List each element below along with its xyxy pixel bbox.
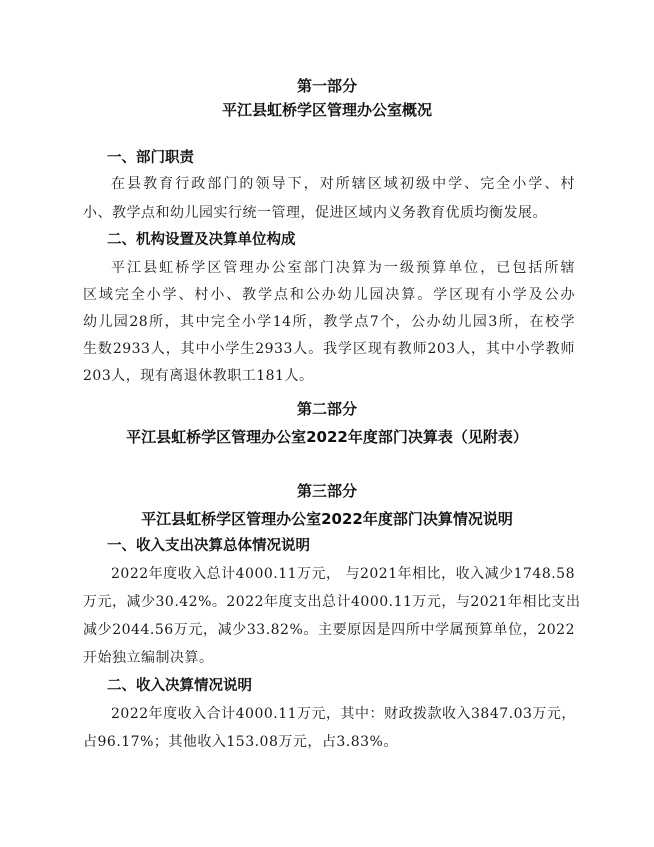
part3-section2-heading: 二、收入决算情况说明 xyxy=(107,676,252,696)
paragraph-line: 开始独立编制决算。 xyxy=(83,648,575,668)
paragraph-line: 区域完全小学、村小、教学点和公办幼儿园决算。学区现有小学及公办 xyxy=(83,285,575,305)
part1-section2-heading: 二、机构设置及决算单位构成 xyxy=(107,230,296,250)
part1-section1-heading: 一、部门职责 xyxy=(107,148,194,168)
paragraph-line: 小、教学点和幼儿园实行统一管理，促进区域内义务教育优质均衡发展。 xyxy=(83,203,575,223)
paragraph-line: 生数2933人，其中小学生2933人。我学区现有教师203人，其中小学教师 xyxy=(83,339,575,359)
paragraph-line: 万元，减少30.42%。2022年度支出总计4000.11万元，与2021年相比… xyxy=(83,592,575,612)
paragraph-line: 2022年度收入合计4000.11万元，其中：财政拨款收入3847.03万元， xyxy=(111,704,575,724)
paragraph-line: 2022年度收入总计4000.11万元， 与2021年相比，收入减少1748.5… xyxy=(111,564,575,584)
paragraph-line: 在县教育行政部门的领导下，对所辖区域初级中学、完全小学、村 xyxy=(111,174,575,194)
document-page: 第一部分 平江县虹桥学区管理办公室概况 一、部门职责 在县教育行政部门的领导下，… xyxy=(0,0,654,847)
part2-title: 平江县虹桥学区管理办公室2022年度部门决算表（见附表） xyxy=(0,427,654,447)
paragraph-line: 减少2044.56万元，减少33.82%。主要原因是四所中学属预算单位，2022 xyxy=(83,620,575,640)
part3-title: 平江县虹桥学区管理办公室2022年度部门决算情况说明 xyxy=(0,509,654,529)
part1-heading: 第一部分 xyxy=(0,76,654,96)
paragraph-line: 平江县虹桥学区管理办公室部门决算为一级预算单位，已包括所辖 xyxy=(111,258,575,278)
paragraph-line: 203人，现有离退休教职工181人。 xyxy=(83,366,575,386)
part1-title: 平江县虹桥学区管理办公室概况 xyxy=(0,100,654,120)
part3-heading: 第三部分 xyxy=(0,481,654,501)
paragraph-line: 占96.17%；其他收入153.08万元，占3.83%。 xyxy=(83,732,575,752)
part2-heading: 第二部分 xyxy=(0,399,654,419)
part3-section1-heading: 一、收入支出决算总体情况说明 xyxy=(107,536,310,556)
paragraph-line: 幼儿园28所，其中完全小学14所，教学点7个，公办幼儿园3所，在校学 xyxy=(83,312,575,332)
